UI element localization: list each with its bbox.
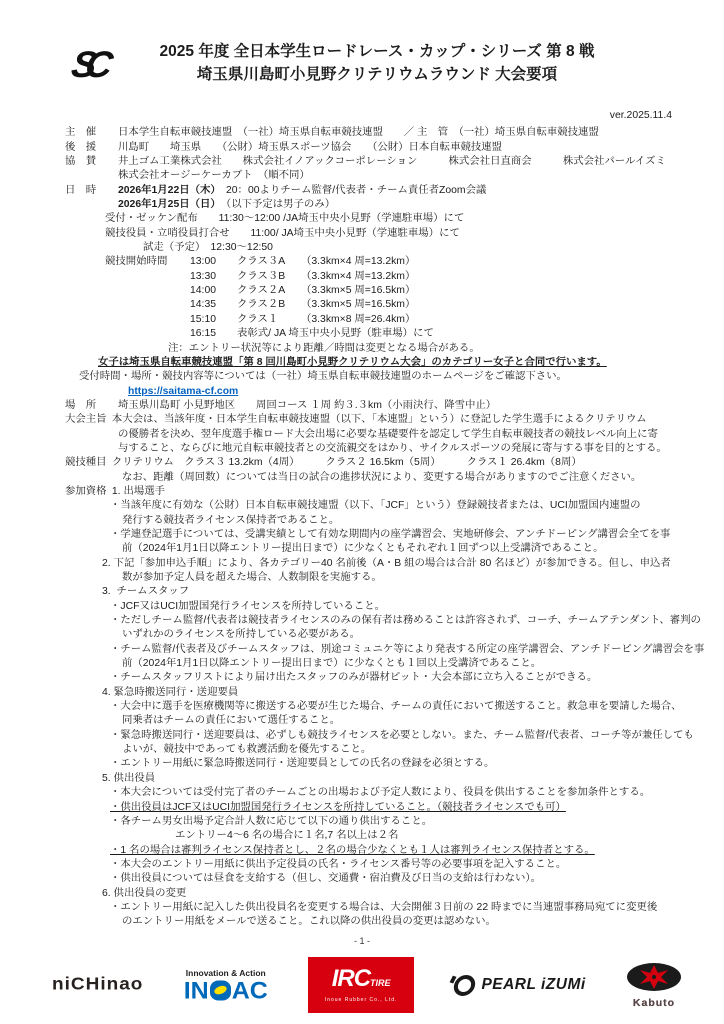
title-line-2: 埼玉県川島町小見野クリテリウムラウンド 大会要項 [90, 63, 664, 86]
page-number: - 1 - [0, 936, 724, 946]
doc-line-text: 川島町 埼玉県 （公財）埼玉県スポーツ協会 （公財）日本自転車競技連盟 [118, 142, 502, 153]
doc-line: エントリー4～6 名の場合に１名,7 名以上は２名 [65, 829, 672, 843]
doc-line: 主 催日本学生自転車競技連盟 （一社）埼玉県自転車競技連盟 ／ 主 管 （一社）… [65, 126, 672, 140]
doc-line: ・各チーム男女出場予定合計人数に応じて以下の通り供出すること。 [65, 815, 672, 829]
doc-line-text: ・本大会については受付完了者のチームごとの出場および予定人数により、役員を供出す… [110, 787, 650, 798]
doc-line-col: 16:15 [190, 327, 237, 341]
inoac-wordmark-left: IN [184, 977, 209, 1004]
doc-line-text: 女子は埼玉県自転車競技連盟「第 8 回川島町小見野クリテリウム大会」のカテゴリー… [98, 357, 607, 368]
doc-line: 試走（予定） 12:30～12:50 [65, 241, 672, 255]
doc-line: 与すること、ならびに地元自転車競技者との交流親交をはかり、サイクルスポーツの発展… [65, 442, 672, 456]
doc-line: ・1 名の場合は審判ライセンス保持者とし、２名の場合少なくとも１人は審判ライセン… [65, 844, 672, 858]
doc-line: ・大会中に選手を医療機関等に搬送する必要が生じた場合、チームの責任において搬送す… [65, 700, 672, 714]
pearl-izumi-logo: PEARL iZUMi [454, 975, 585, 996]
doc-line-text: 20：00よりチーム監督/代表者・チーム責任者Zoom会議 [216, 185, 487, 196]
doc-line: 株式会社オージーケーカブト （順不同） [65, 169, 672, 183]
doc-line-col: 15:10 [190, 313, 237, 327]
doc-line: よいが、競技中であっても救護活動を優先すること。 [65, 743, 672, 757]
doc-line: ・エントリー用紙に緊急時搬送同行・送迎要員としての氏名の登録を必須とする。 [65, 757, 672, 771]
doc-line: 競技役員・立哨役員打合せ 11:00/ JA埼玉中央小見野（学連駐車場）にて [65, 227, 672, 241]
inoac-wordmark: INAC [184, 979, 268, 1002]
doc-line: 2026年1月25日（日） （以下予定は男子のみ） [65, 198, 672, 212]
doc-line: 14:35クラス２B（3.3km×5 周=16.5km） [65, 298, 672, 312]
doc-line-col: 14:00 [190, 284, 237, 298]
doc-line-text: 5. 供出役員 [102, 773, 155, 784]
doc-line: ・チームスタッフリストにより届け出たスタッフのみが器材ピット・大会本部に立ち入る… [65, 671, 672, 685]
doc-line: 競技種目 クリテリウム クラス３ 13.2km（4周） クラス２ 16.5km（… [65, 456, 672, 470]
doc-line-text: （3.3km×4 周=13.2km） [301, 271, 415, 282]
doc-line-col: 場 所 [65, 399, 118, 413]
doc-line: 13:30クラス３B（3.3km×4 周=13.2km） [65, 270, 672, 284]
doc-line-text: の優勝者を決め、翌年度選手権ロード大会出場に必要な基礎要件を認定して学生自転車競… [118, 429, 658, 440]
doc-line-text: ・各チーム男女出場予定合計人数に応じて以下の通り供出すること。 [110, 816, 432, 827]
doc-line: https://saitama-cf.com [65, 385, 672, 399]
doc-line-text: ・エントリー用紙に記入した供出役員名を変更する場合は、大会開催３日前の 22 時… [110, 902, 657, 913]
document-page: SC 2025 年度 全日本学生ロードレース・カップ・シリーズ 第 8 戦 埼玉… [0, 0, 724, 1024]
doc-line-text: 前（2024年1月1日以降エントリー提出日まで）に少なくとも１回以上受講済である… [122, 658, 541, 669]
inoac-wordmark-right: AC [232, 977, 268, 1004]
inoac-tagline: Innovation & Action [184, 968, 268, 978]
doc-line-text: ・JCF又はUCI加盟国発行ライセンスを所持していること。 [110, 601, 385, 612]
doc-line-text: ・学連登記選手については、受講実績として有効な期間内の座学講習会、実地研修会、ア… [110, 529, 670, 540]
inoac-o-mark-icon [210, 980, 231, 1000]
doc-line-col: 14:35 [190, 298, 237, 312]
doc-line: ・供出役員については昼食を支給する（但し、交通費・宿泊費及び日当の支給は行わない… [65, 872, 672, 886]
doc-line: 前（2024年1月1日以降エントリー提出日まで）に少なくともそれぞれ１回ずつ以上… [65, 542, 672, 556]
document-header: SC 2025 年度 全日本学生ロードレース・カップ・シリーズ 第 8 戦 埼玉… [0, 40, 724, 86]
doc-line: 14:00クラス２A（3.3km×5 周=16.5km） [65, 284, 672, 298]
doc-line: 受付・ゼッケン配布 11:30～12:00 /JA埼玉中央小見野（学連駐車場）に… [65, 212, 672, 226]
doc-line-text: ・供出役員はJCF又はUCI加盟国発行ライセンスを所持していること。（競技者ライ… [110, 802, 566, 813]
doc-line-col: 主 催 [65, 126, 118, 140]
doc-line-col: 13:00 [190, 255, 237, 269]
doc-line: のエントリー用紙をメールで送ること。これ以降の供出役員の変更は認めない。 [65, 915, 672, 929]
inoac-yellow-oval-icon [213, 984, 228, 996]
doc-line: なお、距離（周回数）については当日の試合の進捗状況により、変更する場合があります… [65, 471, 672, 485]
doc-line-text: エントリー4～6 名の場合に１名,7 名以上は２名 [175, 830, 398, 841]
doc-line-col: クラス１ [237, 313, 301, 327]
doc-line-text: 与すること、ならびに地元自転車競技者との交流親交をはかり、サイクルスポーツの発展… [118, 443, 667, 454]
doc-line: 数が参加予定人員を超えた場合、人数制限を実施する。 [65, 571, 672, 585]
doc-line: 6. 供出役員の変更 [65, 887, 672, 901]
pearl-izumi-ring-icon [453, 975, 478, 996]
doc-line-text: ・1 名の場合は審判ライセンス保持者とし、２名の場合少なくとも１人は審判ライセン… [110, 845, 595, 856]
title-line-1: 2025 年度 全日本学生ロードレース・カップ・シリーズ 第 8 戦 [90, 40, 664, 63]
version-label: ver.2025.11.4 [65, 109, 672, 123]
doc-line: 競技開始時間13:00クラス３A（3.3km×4 周=13.2km） [65, 255, 672, 269]
doc-line: いずれかのライセンスを所持している必要がある。 [65, 628, 672, 642]
irc-tire-logo: IRCTIRE Inoue Rubber Co., Ltd. [308, 957, 414, 1013]
document-title: 2025 年度 全日本学生ロードレース・カップ・シリーズ 第 8 戦 埼玉県川島… [0, 40, 724, 86]
kabuto-wordmark: Kabuto [626, 997, 682, 1009]
doc-line-text: 3. チームスタッフ [102, 586, 189, 597]
doc-line-text: 前（2024年1月1日以降エントリー提出日まで）に少なくともそれぞれ１回ずつ以上… [122, 543, 603, 554]
doc-line-text: 競技役員・立哨役員打合せ 11:00/ JA埼玉中央小見野（学連駐車場）にて [105, 228, 460, 239]
doc-line: 大会主旨 本大会は、当該年度・日本学生自転車競技連盟（以下、「本連盟」という）に… [65, 413, 672, 427]
doc-line-text: のエントリー用紙をメールで送ること。これ以降の供出役員の変更は認めない。 [122, 916, 496, 927]
doc-line-text: ・エントリー用紙に緊急時搬送同行・送迎要員としての氏名の登録を必須とする。 [110, 758, 494, 769]
doc-line-col: 競技種目 [65, 456, 109, 470]
doc-line: 2. 下記「参加申込手順」により、各カテゴリー40 名前後（A・B 組の場合は合… [65, 557, 672, 571]
doc-line: 前（2024年1月1日以降エントリー提出日まで）に少なくとも１回以上受講済である… [65, 657, 672, 671]
doc-line: ・チーム監督/代表者及びチームスタッフは、別途コミュニケ等により発表する所定の座… [65, 643, 672, 657]
kabuto-logo: Kabuto [626, 962, 682, 1009]
doc-line: ・ただしチーム監督/代表者は競技者ライセンスのみの保有者は務めることは許容されず… [65, 614, 672, 628]
document-body: ver.2025.11.4主 催日本学生自転車競技連盟 （一社）埼玉県自転車競技… [65, 109, 672, 930]
doc-line: 受付時間・場所・競技内容等については（一社）埼玉県自転車競技連盟のホームページを… [65, 370, 672, 384]
doc-line: 日 時2026年1月22日（木） 20：00よりチーム監督/代表者・チーム責任者… [65, 184, 672, 198]
doc-line-text: 本大会は、当該年度・日本学生自転車競技連盟（以下、「本連盟」という）に登記した学… [109, 414, 647, 425]
nichinao-logo: niCHinao [52, 975, 143, 995]
doc-line-text: 4. 緊急時搬送同行・送迎要員 [102, 687, 238, 698]
doc-line-text: ・チーム監督/代表者及びチームスタッフは、別途コミュニケ等により発表する所定の座… [110, 644, 704, 655]
doc-line-col: 参加資格 [65, 485, 109, 499]
doc-line-text: 6. 供出役員の変更 [102, 888, 186, 899]
saitama-cf-link[interactable]: https://saitama-cf.com [128, 386, 238, 397]
doc-line: 発行する競技者ライセンス保持者であること。 [65, 514, 672, 528]
doc-line-text: （3.3km×5 周=16.5km） [301, 285, 415, 296]
doc-line-text: ・大会中に選手を医療機関等に搬送する必要が生じた場合、チームの責任において搬送す… [110, 701, 681, 712]
doc-line-text: よいが、競技中であっても救護活動を優先すること。 [122, 744, 371, 755]
doc-line: の優勝者を決め、翌年度選手権ロード大会出場に必要な基礎要件を認定して学生自転車競… [65, 428, 672, 442]
doc-line: 後 援川島町 埼玉県 （公財）埼玉県スポーツ協会 （公財）日本自転車競技連盟 [65, 141, 672, 155]
doc-line: 15:10クラス１（3.3km×8 周=26.4km） [65, 313, 672, 327]
doc-line-text: ・供出役員については昼食を支給する（但し、交通費・宿泊費及び日当の支給は行わない… [110, 873, 541, 884]
doc-line-text: （以下予定は男子のみ） [216, 199, 336, 210]
doc-line: ・JCF又はUCI加盟国発行ライセンスを所持していること。 [65, 600, 672, 614]
doc-line: 注：エントリー状況等により距離／時間は変更となる場合がある。 [65, 342, 672, 356]
doc-line-col: 大会主旨 [65, 413, 109, 427]
doc-line-text: 表彰式/ JA 埼玉中央小見野（駐車場）にて [237, 328, 434, 339]
doc-line-text: 発行する競技者ライセンス保持者であること。 [122, 515, 339, 526]
doc-line-col: 協 賛 [65, 155, 118, 169]
doc-line-col: 日 時 [65, 184, 118, 198]
doc-line: ・本大会のエントリー用紙に供出予定役員の氏名・ライセンス番号等の必要事項を記入す… [65, 858, 672, 872]
doc-line-text: なお、距離（周回数）については当日の試合の進捗状況により、変更する場合があります… [122, 472, 641, 483]
doc-line-col: 後 援 [65, 141, 118, 155]
doc-line-text: 2026年1月25日（日） [118, 199, 216, 210]
doc-line-text: ・チームスタッフリストにより届け出たスタッフのみが器材ピット・大会本部に立ち入る… [110, 672, 597, 683]
sponsor-logos-row: niCHinao Innovation & Action INAC IRCTIR… [52, 952, 682, 1018]
doc-line-text: 試走（予定） 12:30～12:50 [143, 242, 273, 253]
doc-line: 5. 供出役員 [65, 772, 672, 786]
women-joint-race-notice: 女子は埼玉県自転車競技連盟「第 8 回川島町小見野クリテリウム大会」のカテゴリー… [65, 356, 672, 370]
doc-line-text: 同乗者はチームの責任において選任すること。 [122, 715, 340, 726]
doc-line-text: クリテリウム クラス３ 13.2km（4周） クラス２ 16.5km（5周） ク… [109, 457, 582, 468]
doc-line-text: （3.3km×4 周=13.2km） [301, 256, 415, 267]
doc-line-text: 井上ゴム工業株式会社 株式会社イノアックコーポレーション 株式会社日直商会 株式… [118, 156, 666, 167]
irc-wordmark: IRCTIRE [308, 967, 414, 995]
irc-text: IRC [332, 965, 370, 992]
kabuto-emblem-icon [626, 962, 682, 994]
doc-line-text: ・ただしチーム監督/代表者は競技者ライセンスのみの保有者は務めることは許容されず… [110, 615, 701, 626]
doc-line: ・学連登記選手については、受講実績として有効な期間内の座学講習会、実地研修会、ア… [65, 528, 672, 542]
doc-line-text: 株式会社オージーケーカブト （順不同） [118, 170, 310, 181]
doc-line: 4. 緊急時搬送同行・送迎要員 [65, 686, 672, 700]
irc-company-text: Inoue Rubber Co., Ltd. [308, 997, 414, 1003]
doc-line: 参加資格 1. 出場選手 [65, 485, 672, 499]
doc-line: 同乗者はチームの責任において選任すること。 [65, 714, 672, 728]
doc-line: ・当該年度に有効な（公財）日本自転車競技連盟（以下、「JCF」という）登録競技者… [65, 499, 672, 513]
doc-line-text: いずれかのライセンスを所持している必要がある。 [122, 629, 360, 640]
doc-line-text: 日本学生自転車競技連盟 （一社）埼玉県自転車競技連盟 ／ 主 管 （一社）埼玉県… [118, 127, 599, 138]
doc-line-text: 受付時間・場所・競技内容等については（一社）埼玉県自転車競技連盟のホームページを… [79, 371, 567, 382]
doc-line-col: クラス２B [237, 298, 301, 312]
irc-tire-text: TIRE [370, 978, 391, 988]
doc-line-text: 埼玉県川島町 小見野地区 周回コース １周 約３.３km（小雨決行、降雪中止） [118, 400, 496, 411]
doc-line-text: ・本大会のエントリー用紙に供出予定役員の氏名・ライセンス番号等の必要事項を記入す… [110, 859, 566, 870]
doc-line-col: クラス２A [237, 284, 301, 298]
doc-line: ・緊急時搬送同行・送迎要員は、必ずしも競技ライセンスを必要としない。また、チーム… [65, 729, 672, 743]
doc-line-col: クラス３A [237, 255, 301, 269]
doc-line: 場 所埼玉県川島町 小見野地区 周回コース １周 約３.３km（小雨決行、降雪中… [65, 399, 672, 413]
doc-line-text: ・緊急時搬送同行・送迎要員は、必ずしも競技ライセンスを必要としない。また、チーム… [110, 730, 694, 741]
doc-line: ・供出役員はJCF又はUCI加盟国発行ライセンスを所持していること。（競技者ライ… [65, 801, 672, 815]
doc-line-text: （3.3km×5 周=16.5km） [301, 299, 415, 310]
doc-line: 3. チームスタッフ [65, 585, 672, 599]
doc-line-col: 競技開始時間 [105, 255, 190, 269]
doc-line-text: 注：エントリー状況等により距離／時間は変更となる場合がある。 [168, 343, 480, 354]
doc-line-text: 受付・ゼッケン配布 11:30～12:00 /JA埼玉中央小見野（学連駐車場）に… [105, 213, 464, 224]
doc-line-text: ver.2025.11.4 [610, 110, 672, 121]
doc-line: ・本大会については受付完了者のチームごとの出場および予定人数により、役員を供出す… [65, 786, 672, 800]
pearl-izumi-wordmark: PEARL iZUMi [481, 976, 585, 994]
doc-line-text: 数が参加予定人員を超えた場合、人数制限を実施する。 [122, 572, 382, 583]
inoac-logo: Innovation & Action INAC [184, 968, 268, 1003]
doc-line-text: 2. 下記「参加申込手順」により、各カテゴリー40 名前後（A・B 組の場合は合… [102, 558, 671, 569]
doc-line: ・エントリー用紙に記入した供出役員名を変更する場合は、大会開催３日前の 22 時… [65, 901, 672, 915]
doc-line-text: （3.3km×8 周=26.4km） [301, 314, 415, 325]
doc-line-text: ・当該年度に有効な（公財）日本自転車競技連盟（以下、「JCF」という）登録競技者… [110, 500, 641, 511]
doc-line-col: 13:30 [190, 270, 237, 284]
doc-line-col: クラス３B [237, 270, 301, 284]
doc-line: 協 賛井上ゴム工業株式会社 株式会社イノアックコーポレーション 株式会社日直商会… [65, 155, 672, 169]
doc-line-text: 2026年1月22日（木） [118, 185, 216, 196]
doc-line: 16:15表彰式/ JA 埼玉中央小見野（駐車場）にて [65, 327, 672, 341]
doc-line-text: 1. 出場選手 [109, 486, 165, 497]
